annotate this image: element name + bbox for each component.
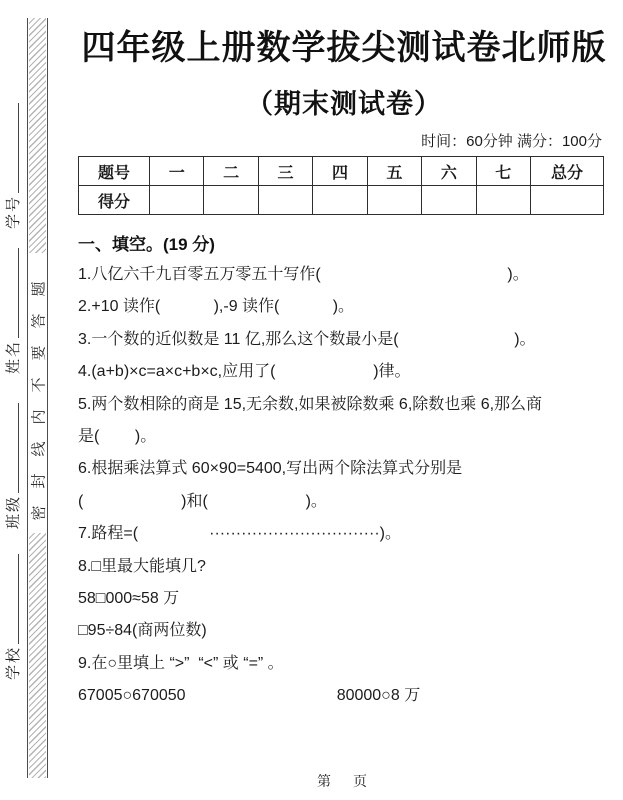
score-table-header-row: 题号 一 二 三 四 五 六 七 总分 xyxy=(79,157,604,186)
student-id-label: 学号 xyxy=(2,103,22,229)
school-blank-line xyxy=(6,554,19,644)
question-line: 5.两个数相除的商是 15,无余数,如果被除数乘 6,除数也乘 6,那么商 xyxy=(78,389,610,421)
question-line: 3.一个数的近似数是 11 亿,那么这个数最小是( )。 xyxy=(78,324,610,356)
student-id-label-text: 学号 xyxy=(2,195,23,229)
name-blank-line xyxy=(6,248,19,338)
question-line: □95÷84(商两位数) xyxy=(78,615,610,647)
class-label-text: 班级 xyxy=(2,495,23,529)
score-table-empty-cell xyxy=(531,186,604,215)
question-line: 67005○670050 80000○8 万 xyxy=(78,680,610,712)
question-line: 9.在○里填上 “>” “<” 或 “=” 。 xyxy=(78,648,610,680)
score-table-header-cell: 三 xyxy=(258,157,312,186)
hatch-pattern-top xyxy=(29,18,46,253)
score-table-header-cell: 二 xyxy=(204,157,258,186)
question-line: 8.□里最大能填几? xyxy=(78,551,610,583)
score-table-empty-cell xyxy=(313,186,367,215)
time-score-info: 时间：60分钟 满分：100分 xyxy=(78,130,610,151)
question-line: 4.(a+b)×c=a×c+b×c,应用了( )律。 xyxy=(78,356,610,388)
score-table-header-cell: 七 xyxy=(476,157,530,186)
score-table-empty-cell xyxy=(258,186,312,215)
hatch-pattern-bottom xyxy=(29,533,46,778)
seal-line-strip: 密封线内不要答题 xyxy=(27,18,48,778)
question-line: ( )和( )。 xyxy=(78,486,610,518)
name-label-text: 姓名 xyxy=(2,340,23,374)
score-table-header-cell: 题号 xyxy=(79,157,150,186)
score-table-empty-cell xyxy=(476,186,530,215)
question-line: 是( )。 xyxy=(78,421,610,453)
name-label: 姓名 xyxy=(2,248,22,374)
class-label: 班级 xyxy=(2,403,22,529)
score-table-header-cell: 四 xyxy=(313,157,367,186)
score-table-header-cell: 总分 xyxy=(531,157,604,186)
score-table: 题号 一 二 三 四 五 六 七 总分 得分 xyxy=(78,156,604,215)
seal-line-text: 密封线内不要答题 xyxy=(28,252,47,532)
score-table-header-cell: 一 xyxy=(150,157,204,186)
score-table-empty-cell xyxy=(422,186,476,215)
exam-paper-page: 密封线内不要答题 学号 姓名 班级 学校 四年级上册数学拔尖测试卷北师版 （期末… xyxy=(0,0,623,800)
student-id-blank-line xyxy=(6,103,19,193)
school-label-text: 学校 xyxy=(2,646,23,680)
score-table-empty-cell xyxy=(367,186,421,215)
question-line: 58□000≈58 万 xyxy=(78,583,610,615)
paper-title: 四年级上册数学拔尖测试卷北师版 xyxy=(78,20,610,69)
main-content: 四年级上册数学拔尖测试卷北师版 （期末测试卷） 时间：60分钟 满分：100分 … xyxy=(78,0,610,712)
score-table-header-cell: 五 xyxy=(367,157,421,186)
score-row-label: 得分 xyxy=(79,186,150,215)
question-line: 1.八亿六千九百零五万零五十写作( )。 xyxy=(78,259,610,291)
score-table-header-cell: 六 xyxy=(422,157,476,186)
score-table-score-row: 得分 xyxy=(79,186,604,215)
question-line: 7.路程=( ································)… xyxy=(78,518,610,550)
question-line: 2.+10 读作( ),-9 读作( )。 xyxy=(78,291,610,323)
school-label: 学校 xyxy=(2,554,22,680)
class-blank-line xyxy=(6,403,19,493)
page-number-footer: 第 页 xyxy=(78,771,610,791)
score-table-empty-cell xyxy=(204,186,258,215)
section-one-heading: 一、填空。(19 分) xyxy=(78,230,610,255)
question-list: 1.八亿六千九百零五万零五十写作( )。 2.+10 读作( ),-9 读作( … xyxy=(78,259,610,712)
paper-subtitle: （期末测试卷） xyxy=(78,82,610,121)
question-line: 6.根据乘法算式 60×90=5400,写出两个除法算式分别是 xyxy=(78,453,610,485)
score-table-empty-cell xyxy=(150,186,204,215)
